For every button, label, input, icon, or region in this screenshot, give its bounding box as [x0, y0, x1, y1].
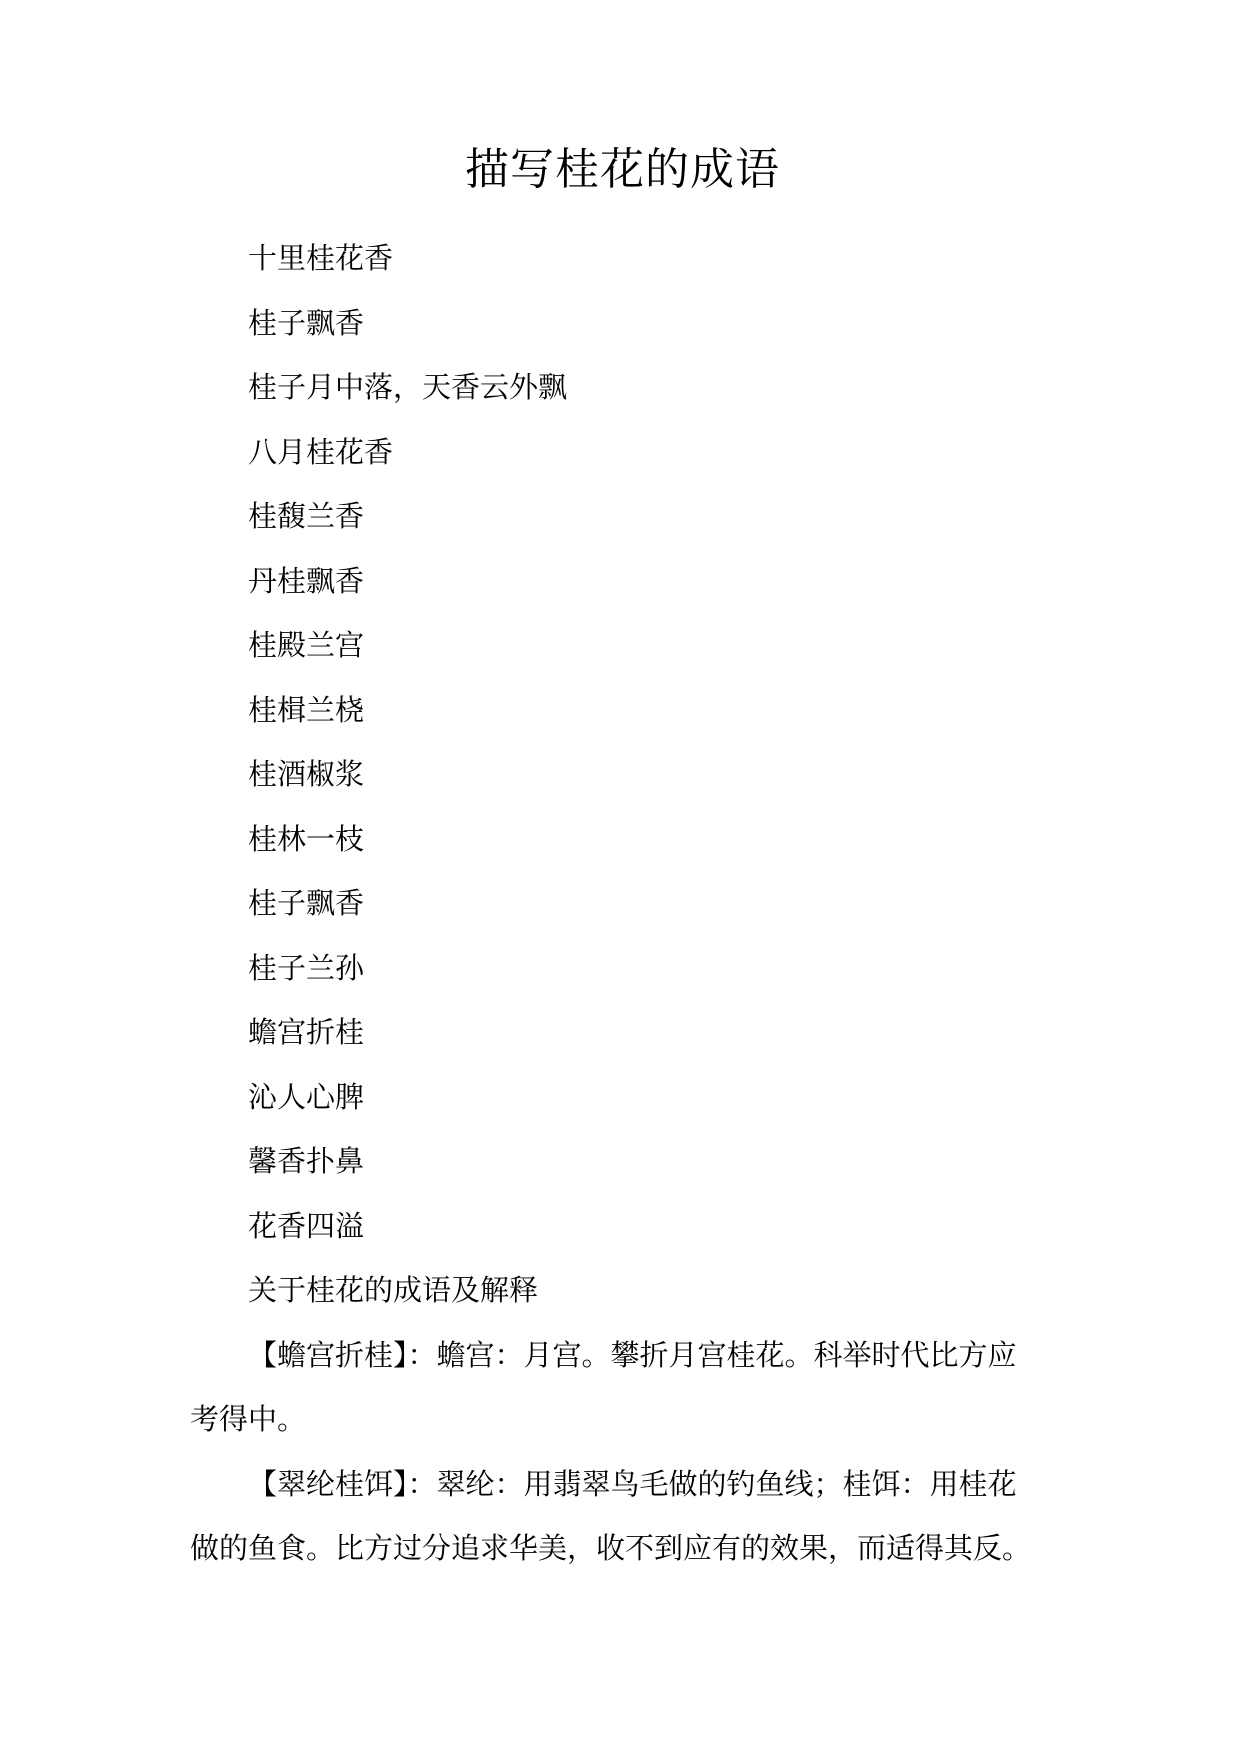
- idiom-line: 桂子飘香: [190, 871, 1055, 936]
- idiom-line: 桂子飘香: [190, 291, 1055, 356]
- definition-line: 做的鱼食。比方过分追求华美，收不到应有的效果，而适得其反。: [190, 1516, 1055, 1581]
- idiom-list: 十里桂花香 桂子飘香 桂子月中落，天香云外飘 八月桂花香 桂馥兰香 丹桂飘香 桂…: [190, 226, 1055, 1258]
- idiom-line: 沁人心脾: [190, 1065, 1055, 1130]
- document-page: 描写桂花的成语 十里桂花香 桂子飘香 桂子月中落，天香云外飘 八月桂花香 桂馥兰…: [0, 0, 1240, 1753]
- definition-line: 【蟾宫折桂】：蟾宫：月宫。攀折月宫桂花。科举时代比方应: [190, 1323, 1055, 1388]
- definition-line: 【翠纶桂饵】：翠纶：用翡翠鸟毛做的钓鱼线；桂饵：用桂花: [190, 1452, 1055, 1517]
- definition-line: 考得中。: [190, 1387, 1055, 1452]
- idiom-line: 桂林一枝: [190, 807, 1055, 872]
- idiom-line: 桂殿兰宫: [190, 613, 1055, 678]
- idiom-line: 八月桂花香: [190, 420, 1055, 485]
- definition-paragraph: 【翠纶桂饵】：翠纶：用翡翠鸟毛做的钓鱼线；桂饵：用桂花 做的鱼食。比方过分追求华…: [190, 1452, 1055, 1581]
- idiom-line: 桂子兰孙: [190, 936, 1055, 1001]
- idiom-line: 蟾宫折桂: [190, 1000, 1055, 1065]
- idiom-line: 花香四溢: [190, 1194, 1055, 1259]
- idiom-line: 桂酒椒浆: [190, 742, 1055, 807]
- idiom-line: 馨香扑鼻: [190, 1129, 1055, 1194]
- definition-paragraph: 【蟾宫折桂】：蟾宫：月宫。攀折月宫桂花。科举时代比方应 考得中。: [190, 1323, 1055, 1452]
- idiom-line: 丹桂飘香: [190, 549, 1055, 614]
- idiom-line: 桂子月中落，天香云外飘: [190, 355, 1055, 420]
- idiom-line: 桂馥兰香: [190, 484, 1055, 549]
- section-heading: 关于桂花的成语及解释: [190, 1258, 1055, 1323]
- idiom-line: 十里桂花香: [190, 226, 1055, 291]
- document-title: 描写桂花的成语: [190, 128, 1055, 212]
- idiom-line: 桂楫兰桡: [190, 678, 1055, 743]
